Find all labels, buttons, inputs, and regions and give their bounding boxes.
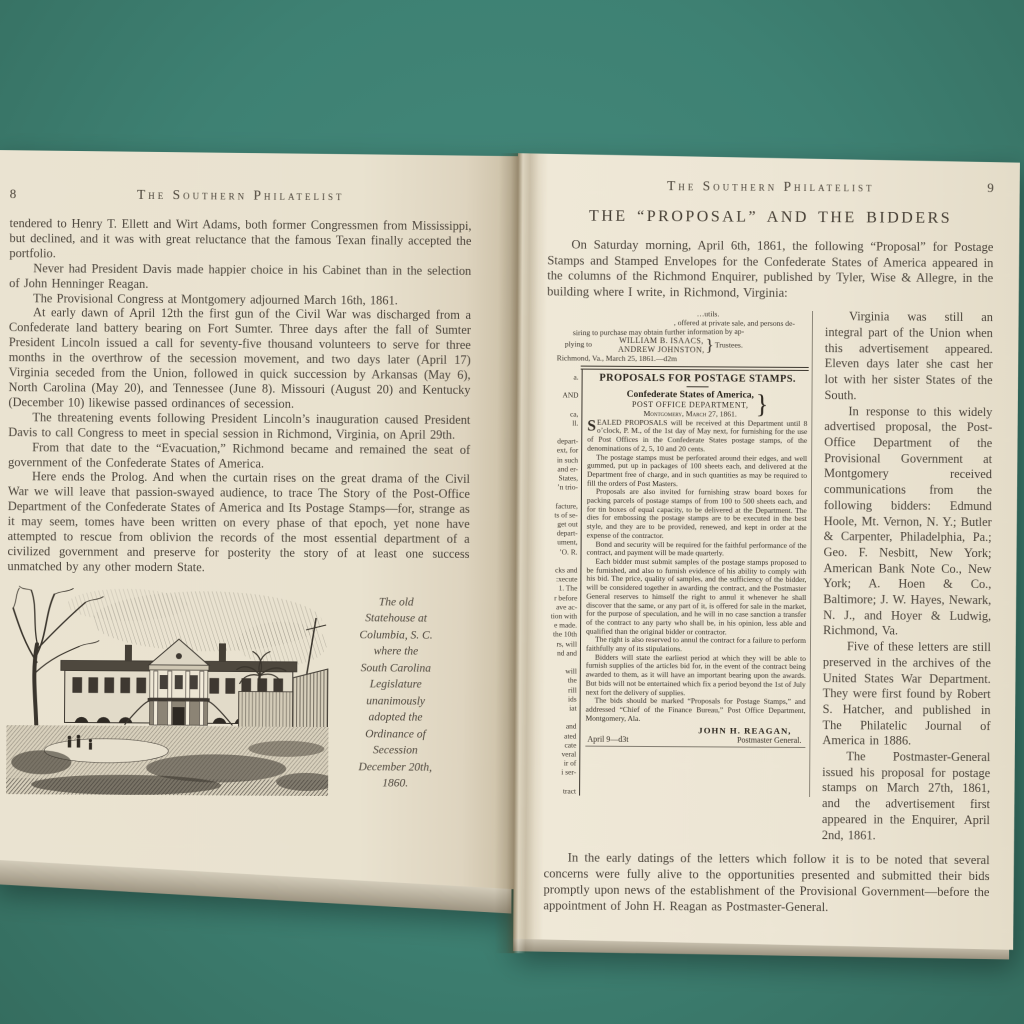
page-8-body: tendered to Henry T. Ellett and Wirt Ada… — [7, 216, 471, 577]
newspaper-clipping: …utils. , offered at private sale, and p… — [544, 310, 813, 797]
right-text-column: Virginia was still an integral part of t… — [810, 309, 993, 844]
trustees-label: Trustees. — [715, 342, 743, 351]
brace-glyph: } — [706, 342, 714, 351]
body-paragraph: The Postmaster-General issued his propos… — [822, 749, 991, 844]
closing-paragraph-wrap: In the early datings of the letters whic… — [543, 851, 989, 917]
right-column-body: Virginia was still an integral part of t… — [822, 309, 993, 844]
body-paragraph: tendered to Henry T. Ellett and Wirt Ada… — [9, 216, 471, 264]
body-paragraph: Five of these letters are still preserve… — [822, 639, 991, 750]
page-number: 9 — [960, 180, 994, 196]
body-paragraph: Never had President Davis made happier c… — [9, 261, 471, 294]
clipping-rule — [687, 386, 709, 387]
body-paragraph: The threatening events following Preside… — [8, 410, 470, 443]
running-head: The Southern Philatelist — [44, 186, 438, 204]
clipping-masthead: Confederate States of America, POST OFFI… — [587, 388, 807, 419]
clipping-dateline: Richmond, Va., March 25, 1861.—d2m — [557, 355, 809, 365]
body-paragraph: Virginia was still an integral part of t… — [824, 309, 993, 404]
intro-paragraph: On Saturday morning, April 6th, 1861, th… — [547, 237, 993, 302]
intro-paragraph-wrap: On Saturday morning, April 6th, 1861, th… — [547, 237, 993, 302]
signature-title: Postmaster General. — [737, 736, 801, 745]
open-book-spread: 8 The Southern Philatelist tendered to H… — [0, 150, 1020, 956]
clipping-paragraphs: SEALED PROPOSALS will be received at thi… — [586, 418, 808, 724]
body-paragraph: Here ends the Prolog. And when the curta… — [7, 469, 470, 576]
figure-caption: The old Statehouse at Columbia, S. C. wh… — [328, 584, 469, 797]
clipping-fragment: plying to — [565, 341, 592, 350]
page-8: 8 The Southern Philatelist tendered to H… — [0, 150, 518, 889]
running-head-row: The Southern Philatelist 9 — [548, 177, 994, 196]
signature-date: April 9—d3t — [587, 735, 628, 744]
masthead-lines: Confederate States of America, POST OFFI… — [626, 389, 754, 419]
clipping-paragraph: Each bidder must submit samples of the p… — [586, 558, 806, 638]
masthead-line: Confederate States of America, — [627, 389, 754, 401]
clipping-paragraph: SEALED PROPOSALS will be received at thi… — [587, 418, 807, 454]
statehouse-figure: The old Statehouse at Columbia, S. C. wh… — [6, 582, 469, 797]
closing-paragraph: In the early datings of the letters whic… — [543, 851, 989, 917]
page-9: The Southern Philatelist 9 THE “PROPOSAL… — [513, 153, 1020, 956]
clipping-paragraph: Proposals are also invited for furnishin… — [587, 488, 807, 542]
running-head-row: 8 The Southern Philatelist — [10, 186, 472, 205]
clipping-trustees-row: plying to WILLIAM B. ISAACS, ANDREW JOHN… — [565, 336, 809, 355]
clipping-prior-notice: …utils. , offered at private sale, and p… — [547, 310, 809, 365]
clipping-main-column: PROPOSALS FOR POSTAGE STAMPS. Confederat… — [580, 369, 809, 797]
clipping-margin-fragments: a. AND ca, ll. depart- ext, for in such … — [544, 369, 583, 796]
clipping-headline: PROPOSALS FOR POSTAGE STAMPS. — [588, 372, 808, 384]
running-head: The Southern Philatelist — [582, 178, 960, 196]
clipping-paragraph: The bids should be marked “Proposals for… — [586, 697, 806, 724]
body-paragraph: From that date to the “Evacuation,” Rich… — [8, 440, 470, 473]
clipping-paragraph: Bidders will state the earliest period a… — [586, 653, 806, 698]
clipping-body: a. AND ca, ll. depart- ext, for in such … — [544, 369, 809, 797]
statehouse-engraving — [6, 582, 329, 796]
chapter-title: THE “PROPOSAL” AND THE BIDDERS — [548, 207, 994, 228]
body-paragraph: At early dawn of April 12th the first gu… — [8, 306, 471, 413]
page-number: 8 — [10, 186, 44, 202]
newspaper-clipping-column: …utils. , offered at private sale, and p… — [544, 308, 813, 844]
clipping-paragraph: The postage stamps must be perforated ar… — [587, 453, 807, 489]
brace-glyph: } — [756, 389, 769, 419]
body-paragraph: In response to this widely advertised pr… — [823, 404, 992, 641]
signature-row: April 9—d3t Postmaster General. — [585, 735, 805, 748]
trustee-names: WILLIAM B. ISAACS, ANDREW JOHNSTON, — [618, 337, 705, 355]
book-photo: 8 The Southern Philatelist tendered to H… — [0, 0, 1024, 1024]
clipping-fragment: siring to purchase may obtain further in… — [573, 327, 809, 338]
two-column-area: …utils. , offered at private sale, and p… — [544, 308, 993, 845]
